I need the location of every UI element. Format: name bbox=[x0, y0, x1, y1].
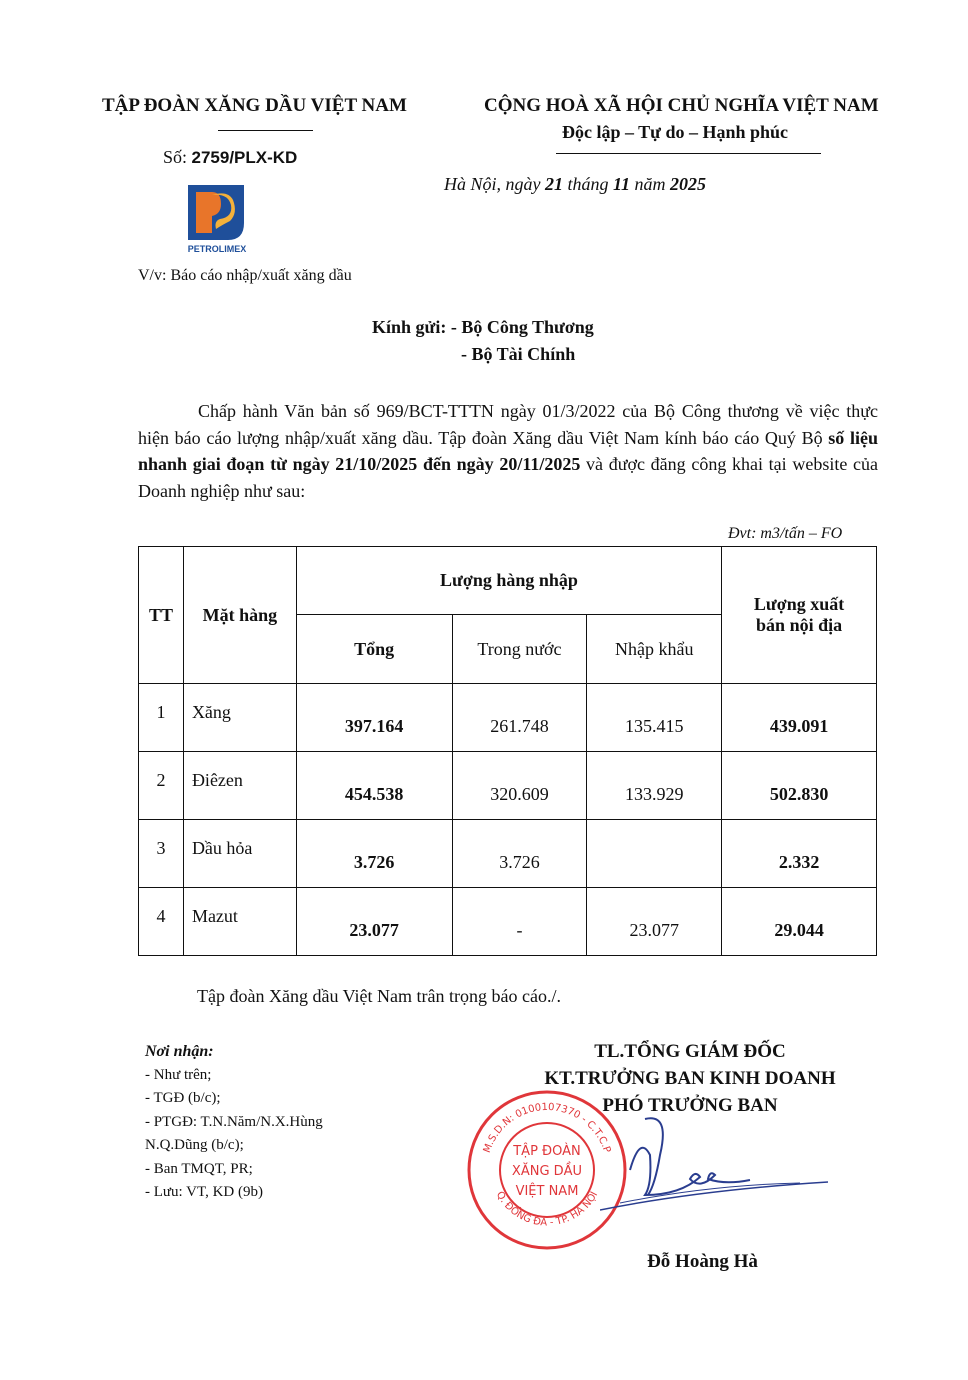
cell-total: 23.077 bbox=[296, 888, 452, 956]
cell-sales: 439.091 bbox=[722, 684, 877, 752]
distribution-item: - Ban TMQT, PR; bbox=[145, 1158, 405, 1182]
cell-total: 397.164 bbox=[296, 684, 452, 752]
org-underline bbox=[218, 130, 313, 131]
date-year: 2025 bbox=[670, 174, 706, 194]
body-text-1: Chấp hành Văn bản số 969/BCT-TTTN ngày 0… bbox=[138, 401, 878, 448]
cell-tt: 4 bbox=[139, 888, 184, 956]
distribution-label: Nơi nhận: bbox=[145, 1040, 405, 1064]
table-row: 3Dầu hỏa3.7263.7262.332 bbox=[139, 820, 877, 888]
cell-domestic: 3.726 bbox=[452, 820, 587, 888]
header-total: Tổng bbox=[296, 615, 452, 684]
signature-scribble-icon bbox=[600, 1115, 830, 1225]
date-prefix: Hà Nội, ngày bbox=[444, 174, 545, 194]
country-name: CỘNG HOÀ XÃ HỘI CHỦ NGHĨA VIỆT NAM bbox=[484, 95, 879, 117]
cell-sales: 502.830 bbox=[722, 752, 877, 820]
cell-tt: 1 bbox=[139, 684, 184, 752]
header-tt: TT bbox=[139, 547, 184, 684]
signature-title-2: KT.TRƯỞNG BAN KINH DOANH bbox=[510, 1065, 870, 1092]
cell-imported: 135.415 bbox=[587, 684, 722, 752]
doc-number-value: 2759/PLX-KD bbox=[192, 148, 298, 167]
closing-line: Tập đoàn Xăng dầu Việt Nam trân trọng bá… bbox=[197, 986, 561, 1007]
table-row: 1Xăng397.164261.748135.415439.091 bbox=[139, 684, 877, 752]
table-row: 2Điêzen454.538320.609133.929502.830 bbox=[139, 752, 877, 820]
subject: V/v: Báo cáo nhập/xuất xăng dầu bbox=[138, 267, 352, 285]
date-year-label: năm bbox=[630, 174, 670, 194]
motto: Độc lập – Tự do – Hạnh phúc bbox=[562, 122, 788, 143]
distribution-item: - PTGĐ: T.N.Năm/N.X.Hùng bbox=[145, 1111, 405, 1135]
header-item: Mặt hàng bbox=[183, 547, 296, 684]
motto-underline bbox=[556, 153, 821, 154]
svg-text:TẬP ĐOÀN: TẬP ĐOÀN bbox=[512, 1143, 581, 1159]
doc-number: Số: 2759/PLX-KD bbox=[163, 147, 297, 168]
org-name: TẬP ĐOÀN XĂNG DẦU VIỆT NAM bbox=[102, 95, 407, 117]
svg-text:PETROLIMEX: PETROLIMEX bbox=[188, 244, 247, 254]
signature-block: TL.TỔNG GIÁM ĐỐC KT.TRƯỞNG BAN KINH DOAN… bbox=[510, 1038, 870, 1119]
date-month-label: tháng bbox=[563, 174, 613, 194]
date-day: 21 bbox=[545, 174, 563, 194]
cell-imported: 23.077 bbox=[587, 888, 722, 956]
date-line: Hà Nội, ngày 21 tháng 11 năm 2025 bbox=[444, 174, 706, 195]
petrolimex-logo-icon: PETROLIMEX bbox=[172, 183, 262, 255]
cell-total: 3.726 bbox=[296, 820, 452, 888]
cell-domestic: 261.748 bbox=[452, 684, 587, 752]
cell-item: Điêzen bbox=[183, 752, 296, 820]
date-month: 11 bbox=[613, 174, 630, 194]
recipients-label: Kính gửi: bbox=[372, 317, 446, 337]
signer-name: Đỗ Hoàng Hà bbox=[600, 1248, 805, 1275]
cell-tt: 2 bbox=[139, 752, 184, 820]
cell-item: Mazut bbox=[183, 888, 296, 956]
recipient-1: - Bộ Công Thương bbox=[451, 317, 594, 337]
distribution-item: - Như trên; bbox=[145, 1064, 405, 1088]
handwritten-signature bbox=[600, 1115, 830, 1230]
cell-domestic: - bbox=[452, 888, 587, 956]
header-sales: Lượng xuất bán nội địa bbox=[722, 547, 877, 684]
distribution-item: - TGĐ (b/c); bbox=[145, 1087, 405, 1111]
doc-number-label: Số: bbox=[163, 147, 187, 167]
header-import-group: Lượng hàng nhập bbox=[296, 547, 721, 615]
body-paragraph: Chấp hành Văn bản số 969/BCT-TTTN ngày 0… bbox=[138, 398, 878, 504]
unit-label: Đvt: m3/tấn – FO bbox=[728, 525, 842, 543]
table-row: 4Mazut23.077-23.07729.044 bbox=[139, 888, 877, 956]
cell-item: Xăng bbox=[183, 684, 296, 752]
cell-imported: 133.929 bbox=[587, 752, 722, 820]
cell-total: 454.538 bbox=[296, 752, 452, 820]
cell-imported bbox=[587, 820, 722, 888]
header-imported: Nhập khẩu bbox=[587, 615, 722, 684]
distribution-item: - Lưu: VT, KD (9b) bbox=[145, 1181, 405, 1205]
header-domestic: Trong nước bbox=[452, 615, 587, 684]
svg-text:VIỆT NAM: VIỆT NAM bbox=[516, 1183, 579, 1199]
distribution-list: Nơi nhận: - Như trên; - TGĐ (b/c); - PTG… bbox=[145, 1040, 405, 1205]
cell-tt: 3 bbox=[139, 820, 184, 888]
signature-title-1: TL.TỔNG GIÁM ĐỐC bbox=[510, 1038, 870, 1065]
recipients: Kính gửi: - Bộ Công Thương bbox=[372, 317, 594, 338]
cell-sales: 2.332 bbox=[722, 820, 877, 888]
cell-domestic: 320.609 bbox=[452, 752, 587, 820]
svg-text:XĂNG DẦU: XĂNG DẦU bbox=[512, 1162, 582, 1179]
cell-item: Dầu hỏa bbox=[183, 820, 296, 888]
recipient-2: - Bộ Tài Chính bbox=[461, 344, 575, 365]
distribution-item: N.Q.Dũng (b/c); bbox=[145, 1134, 405, 1158]
cell-sales: 29.044 bbox=[722, 888, 877, 956]
petrolimex-logo: PETROLIMEX bbox=[172, 183, 262, 255]
import-export-table: TT Mặt hàng Lượng hàng nhập Lượng xuất b… bbox=[138, 546, 877, 956]
